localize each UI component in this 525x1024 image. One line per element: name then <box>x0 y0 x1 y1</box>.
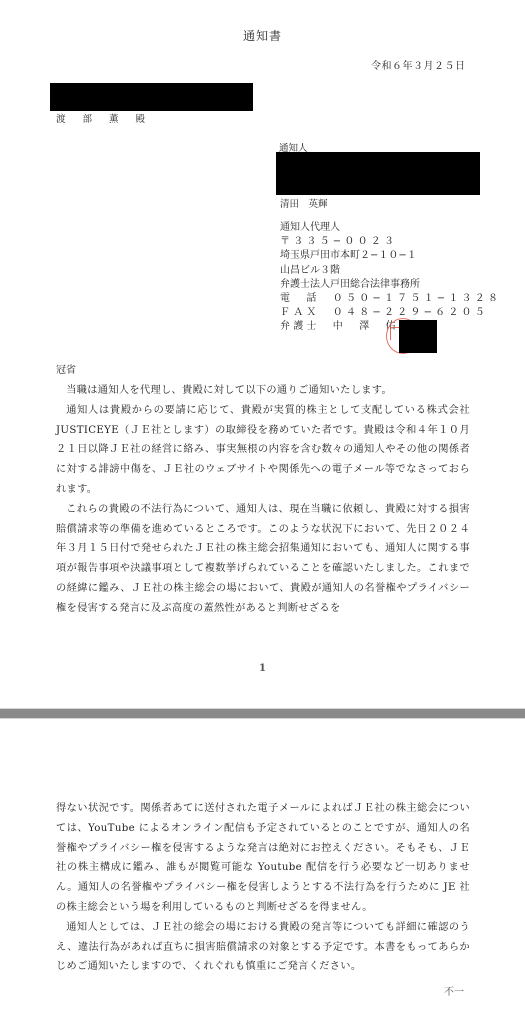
agent-phone: 電 話 ０５０−１７５１−１３２８ <box>280 292 501 306</box>
agent-label: 通知人代理人 <box>280 221 501 235</box>
document-title: 通知書 <box>0 27 525 44</box>
agent-firm: 弁護士法人戸田総合法律事務所 <box>280 278 501 292</box>
paragraph: 当職は通知人を代理し、貴殿に対して以下の通りご通知いたします。 <box>56 381 470 401</box>
page-separator <box>0 708 525 719</box>
closing-remark: 不一 <box>444 983 464 998</box>
document-page-1: 通知書 令和６年３月２５日 渡 部 薫 殿 通知人 清田 英輝 通知人代理人 〒… <box>0 0 525 706</box>
redacted-notifier-address <box>276 152 480 195</box>
paragraph: 得ない状況です。関係者あてに送付された電子メールによればＪＥ社の株主総会について… <box>56 799 470 918</box>
redacted-addressee-block <box>50 83 253 111</box>
agent-postal-code: 〒３３５−００２３ <box>280 235 501 249</box>
paragraph: 通知人は貴殿からの要請に応じて、貴殿が実質的株主として支配している株式会社 JU… <box>56 401 470 500</box>
page2-body: 得ない状況です。関係者あてに送付された電子メールによればＪＥ社の株主総会について… <box>56 799 470 977</box>
page1-body: 当職は通知人を代理し、貴殿に対して以下の通りご通知いたします。 通知人は貴殿から… <box>56 381 470 619</box>
agent-address: 埼玉県戸田市本町２−１０−１ <box>280 249 501 263</box>
salutation: 冠省 <box>56 361 76 376</box>
redacted-seal-block <box>399 320 437 353</box>
agent-building: 山昌ビル３階 <box>280 264 501 278</box>
document-date: 令和６年３月２５日 <box>371 57 466 72</box>
paragraph: 通知人としては、ＪＥ社の総会の場における貴殿の発言等についても詳細に確認のうえ、… <box>56 918 470 977</box>
notifier-name: 清田 英輝 <box>280 196 328 210</box>
page-number: 1 <box>0 663 525 674</box>
agent-block: 通知人代理人 〒３３５−００２３ 埼玉県戸田市本町２−１０−１ 山昌ビル３階 弁… <box>280 221 501 335</box>
addressee-name: 渡 部 薫 殿 <box>56 111 152 125</box>
paragraph: これらの貴殿の不法行為について、通知人は、現在当職に依頼し、貴殿に対する損害賠償… <box>56 500 470 619</box>
agent-fax: ＦＡＸ ０４８−２２９−６２０５ <box>280 306 501 320</box>
